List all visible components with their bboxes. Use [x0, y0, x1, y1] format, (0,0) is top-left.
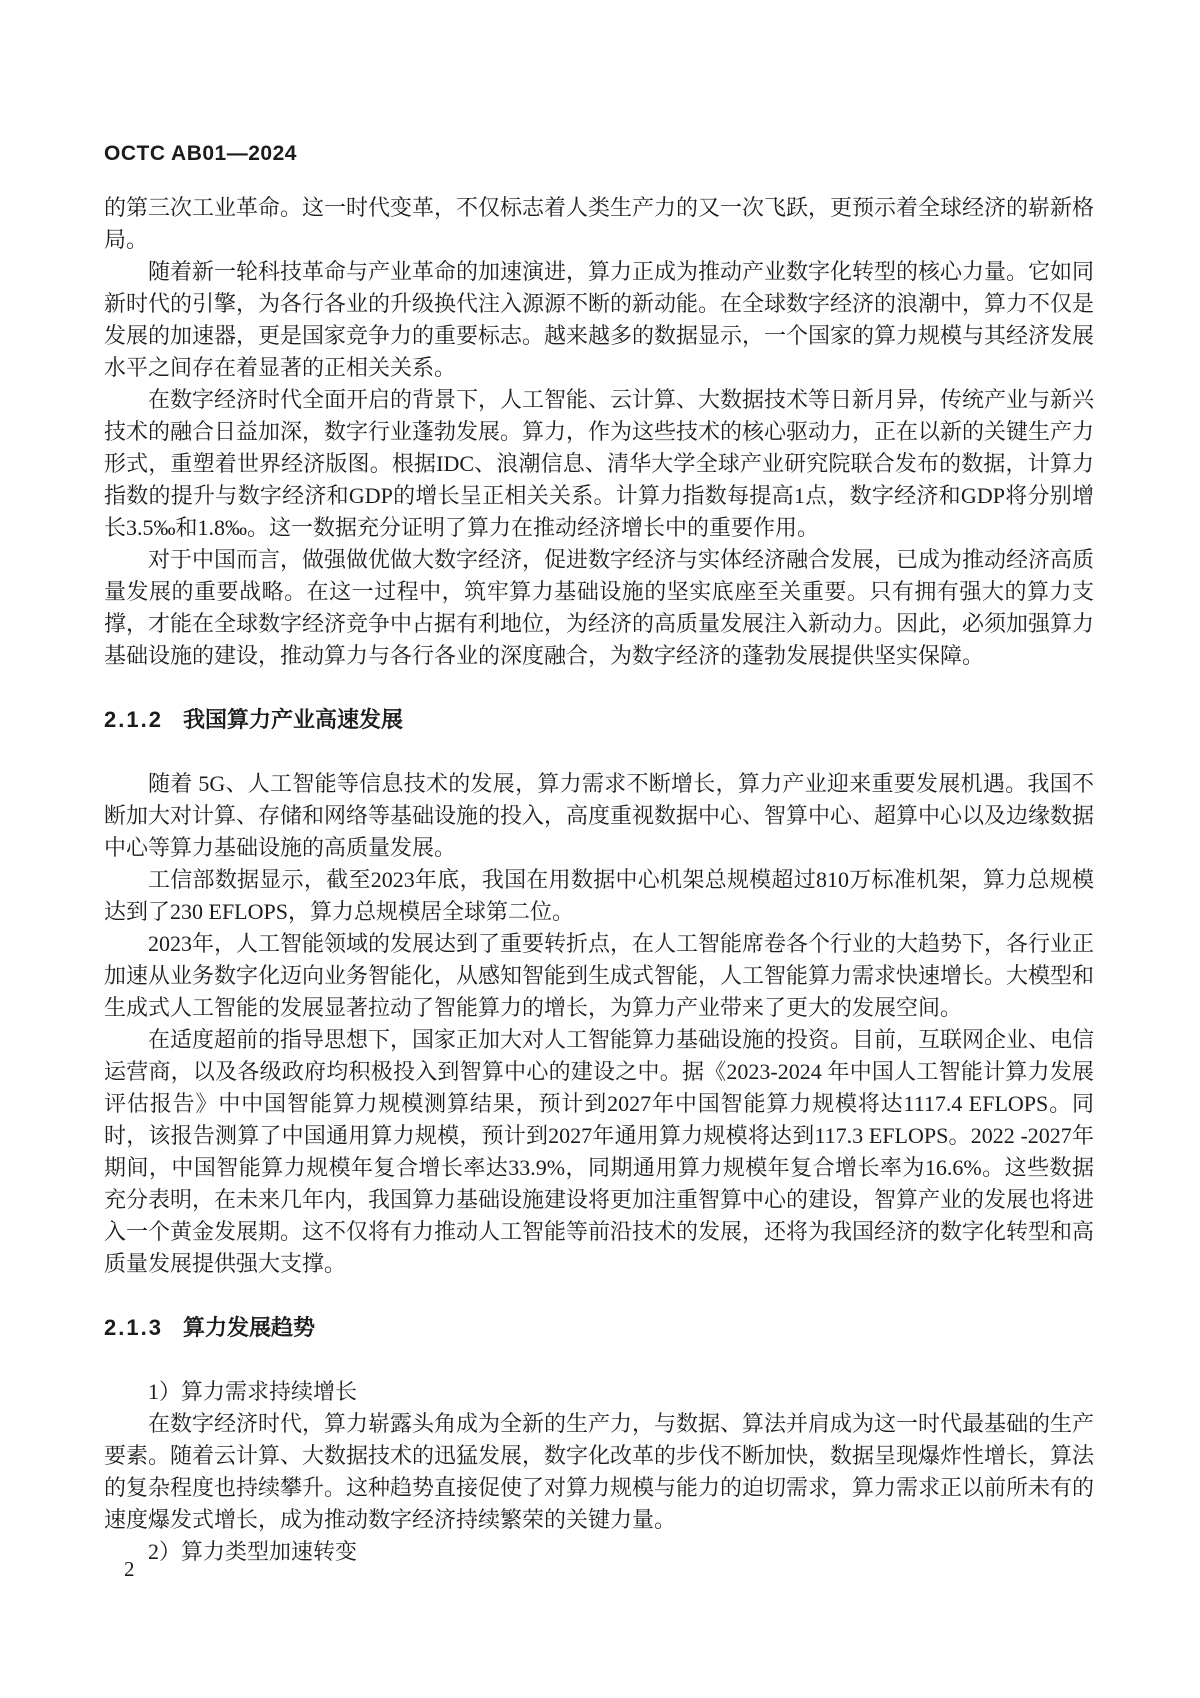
numbered-list-item: 2）算力类型加速转变: [104, 1536, 1094, 1568]
document-page: OCTC AB01—2024 的第三次工业革命。这一时代变革，不仅标志着人类生产…: [0, 0, 1200, 1698]
paragraph: 随着 5G、人工智能等信息技术的发展，算力需求不断增长，算力产业迎来重要发展机遇…: [104, 768, 1094, 864]
section-heading-title: 算力发展趋势: [183, 1315, 315, 1340]
paragraph: 在适度超前的指导思想下，国家正加大对人工智能算力基础设施的投资。目前，互联网企业…: [104, 1024, 1094, 1280]
paragraph: 在数字经济时代全面开启的背景下，人工智能、云计算、大数据技术等日新月异，传统产业…: [104, 384, 1094, 544]
section-heading-2-1-2: 2.1.2我国算力产业高速发展: [104, 704, 1094, 736]
numbered-list-item: 1）算力需求持续增长: [104, 1376, 1094, 1408]
section-heading-2-1-3: 2.1.3算力发展趋势: [104, 1312, 1094, 1344]
page-content-area: OCTC AB01—2024 的第三次工业革命。这一时代变革，不仅标志着人类生产…: [104, 0, 1094, 1568]
section-heading-number: 2.1.2: [104, 707, 163, 732]
paragraph: 的第三次工业革命。这一时代变革，不仅标志着人类生产力的又一次飞跃，更预示着全球经…: [104, 192, 1094, 256]
paragraph: 对于中国而言，做强做优做大数字经济，促进数字经济与实体经济融合发展，已成为推动经…: [104, 544, 1094, 672]
section-heading-title: 我国算力产业高速发展: [183, 707, 403, 732]
paragraph: 随着新一轮科技革命与产业革命的加速演进，算力正成为推动产业数字化转型的核心力量。…: [104, 256, 1094, 384]
document-header-code: OCTC AB01—2024: [104, 141, 1094, 167]
page-number: 2: [124, 1556, 135, 1582]
document-body: 的第三次工业革命。这一时代变革，不仅标志着人类生产力的又一次飞跃，更预示着全球经…: [104, 192, 1094, 1568]
paragraph: 2023年，人工智能领域的发展达到了重要转折点，在人工智能席卷各个行业的大趋势下…: [104, 928, 1094, 1024]
section-heading-number: 2.1.3: [104, 1315, 163, 1340]
paragraph: 工信部数据显示，截至2023年底，我国在用数据中心机架总规模超过810万标准机架…: [104, 864, 1094, 928]
paragraph: 在数字经济时代，算力崭露头角成为全新的生产力，与数据、算法并肩成为这一时代最基础…: [104, 1408, 1094, 1536]
